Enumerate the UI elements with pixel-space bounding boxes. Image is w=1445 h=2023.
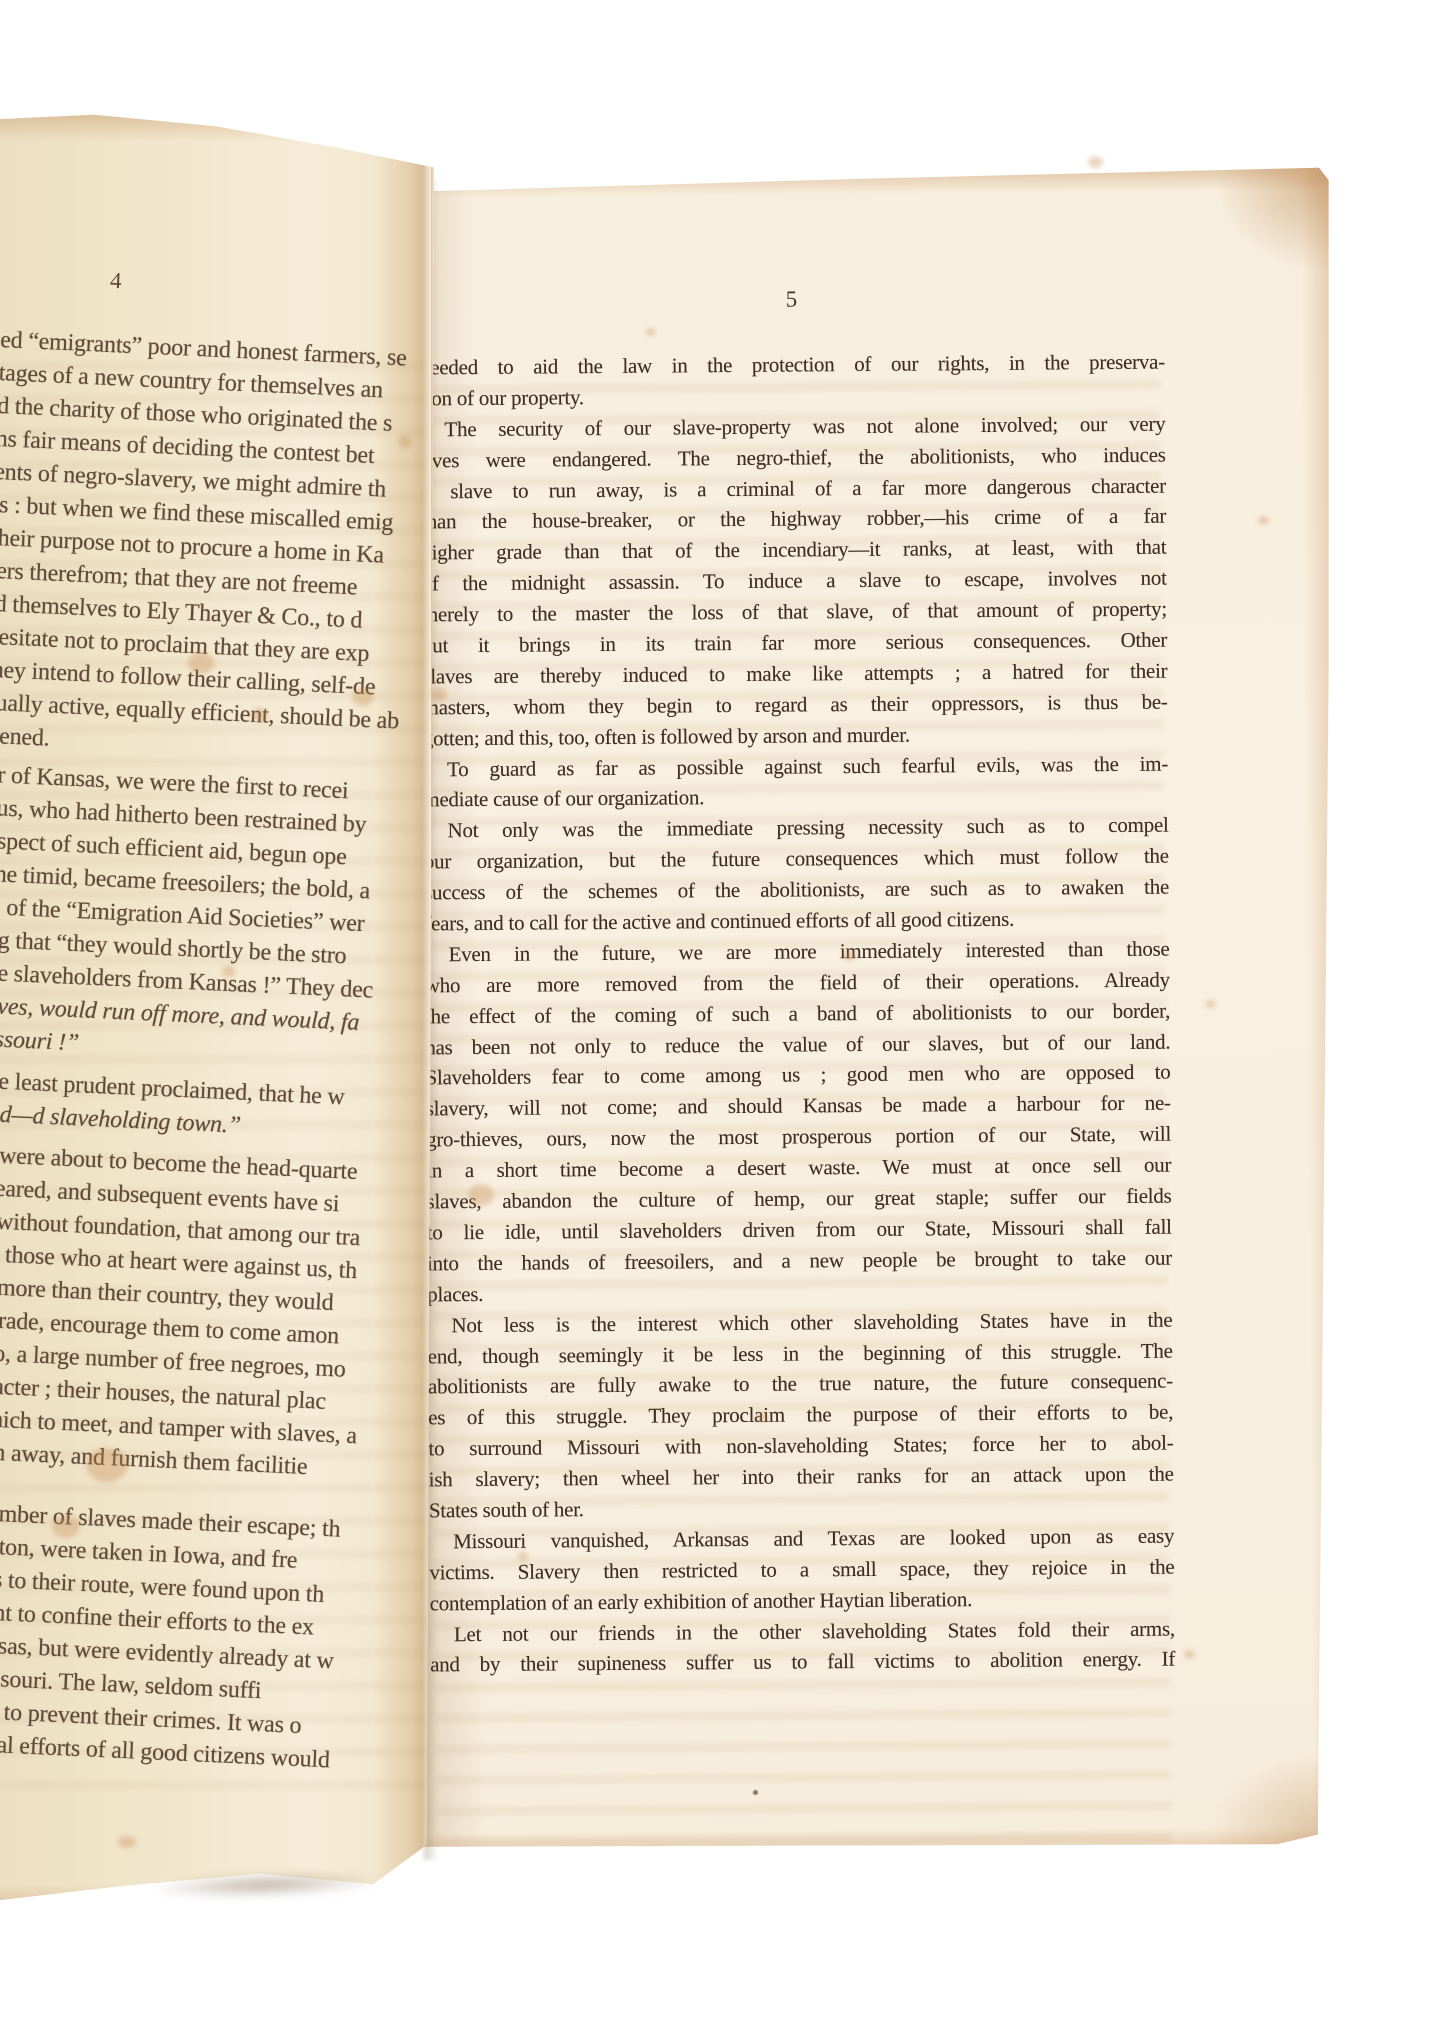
left-page-text: ed “emigrants” poor and honest farmers, …	[0, 324, 434, 1787]
foxing-spot	[646, 328, 655, 336]
foxing-spot	[468, 1184, 494, 1206]
page-number-right: 5	[419, 284, 1164, 316]
book-photo: 5 needed to aid the law in the protectio…	[0, 0, 1445, 2023]
text-line: needed to aid the law in the protection …	[420, 347, 1165, 384]
foxing-spot	[86, 1448, 128, 1482]
foxing-spot	[755, 1412, 768, 1422]
foxing-spot	[118, 1836, 136, 1848]
page-number-left: 4	[109, 268, 122, 294]
text-line: masters, whom they begin to regard as th…	[422, 686, 1167, 723]
text-line: Not less is the interest which other sla…	[427, 1304, 1172, 1341]
right-page-text: needed to aid the law in the protection …	[420, 347, 1175, 1681]
foxing-spot	[52, 1516, 80, 1538]
foxing-spot	[1088, 156, 1103, 168]
text-line: into the hands of freesoilers, and a new…	[427, 1242, 1172, 1279]
left-page: 4 ed “emigrants” poor and honest farmers…	[0, 112, 434, 1904]
foxing-spot	[843, 950, 856, 961]
text-line: victims. Slavery then restricted to a sm…	[429, 1551, 1174, 1588]
text-line: To guard as far as possible against such…	[423, 748, 1168, 785]
text-line: success of the schemes of the abolitioni…	[424, 872, 1169, 909]
foxing-spot	[352, 688, 374, 706]
foxing-spot	[222, 966, 235, 977]
foxing-spot	[1258, 516, 1269, 525]
foxing-spot	[1206, 1000, 1215, 1008]
foxing-spot	[398, 436, 412, 448]
foxing-spot	[431, 688, 447, 701]
foxing-spot	[1184, 1650, 1195, 1659]
foxing-spot	[518, 1552, 528, 1561]
right-page: 5 needed to aid the law in the protectio…	[378, 164, 1343, 1853]
text-line: ish slavery; then wheel her into their r…	[429, 1459, 1174, 1496]
text-line: and by their supineness suffer us to fal…	[430, 1644, 1175, 1681]
ink-speck	[753, 1790, 758, 1795]
foxing-spot	[188, 652, 214, 674]
foxing-spot	[252, 708, 268, 722]
